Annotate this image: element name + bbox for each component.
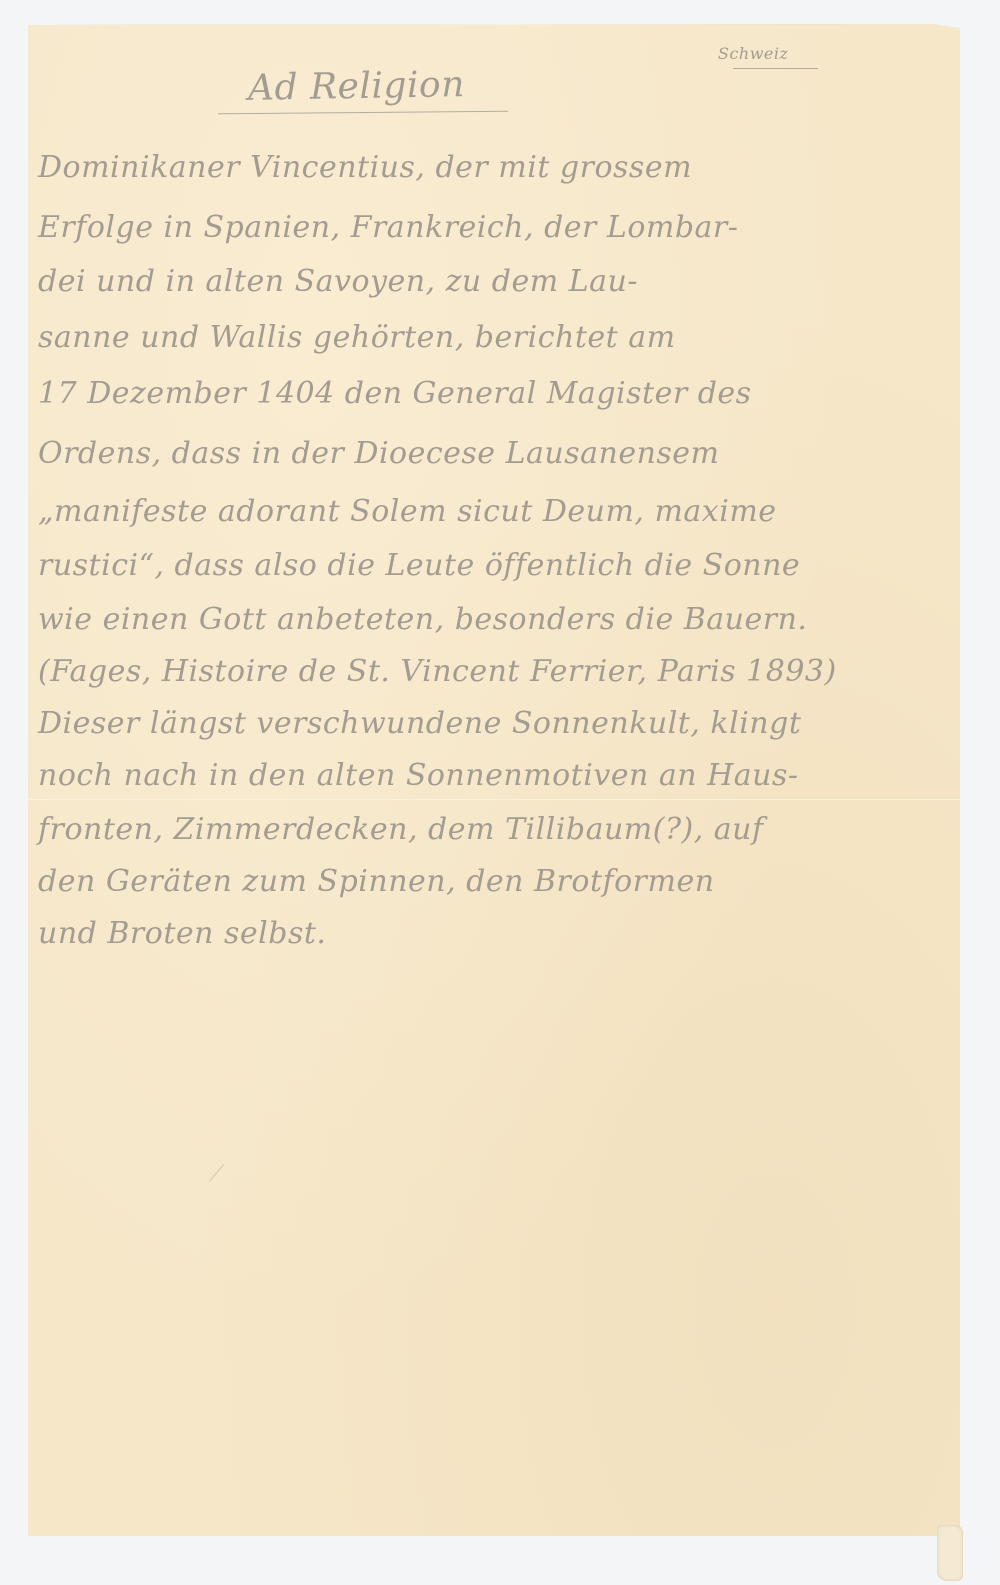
text-line: und Broten selbst. — [38, 916, 326, 951]
text-line: „manifeste adorant Solem sicut Deum, max… — [38, 494, 777, 529]
corner-note: Schweiz — [718, 44, 788, 63]
text-line: Ordens, dass in der Dioecese Lausanensem — [38, 436, 720, 471]
text-line: (Fages, Histoire de St. Vincent Ferrier,… — [38, 654, 837, 689]
scan-background: Ad Religion Schweiz Dominikaner Vincenti… — [0, 0, 1000, 1585]
torn-corner — [937, 1525, 963, 1581]
text-line: Dieser längst verschwundene Sonnenkult, … — [38, 706, 801, 741]
corner-note-underline — [733, 68, 818, 69]
text-line: wie einen Gott anbeteten, besonders die … — [38, 602, 807, 637]
text-line: fronten, Zimmerdecken, dem Tillibaum(?),… — [38, 812, 764, 847]
stray-pencil-mark — [209, 1164, 224, 1181]
title-underline — [218, 111, 508, 115]
text-line: noch nach in den alten Sonnenmotiven an … — [38, 758, 799, 793]
text-line: den Geräten zum Spinnen, den Brotformen — [38, 864, 715, 899]
page-title: Ad Religion — [248, 64, 466, 109]
text-line: Dominikaner Vincentius, der mit grossem — [38, 150, 692, 185]
text-line: sanne und Wallis gehörten, berichtet am — [38, 320, 676, 355]
text-line: dei und in alten Savoyen, zu dem Lau- — [38, 264, 638, 299]
manuscript-page: Ad Religion Schweiz Dominikaner Vincenti… — [28, 24, 960, 1536]
text-line: Erfolge in Spanien, Frankreich, der Lomb… — [38, 210, 738, 245]
text-line: rustici“, dass also die Leute öffentlich… — [38, 548, 800, 583]
text-line: 17 Dezember 1404 den General Magister de… — [38, 376, 752, 411]
fold-line — [28, 799, 960, 800]
